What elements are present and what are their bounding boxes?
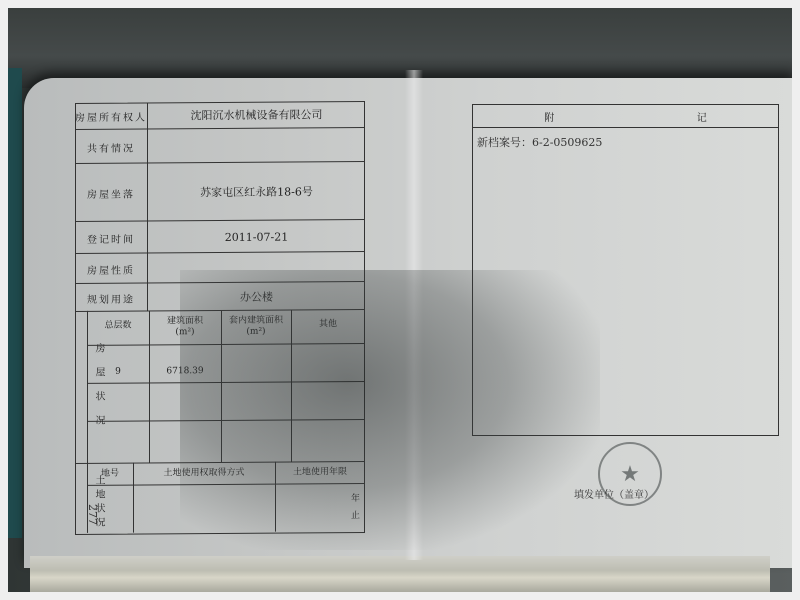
label-registration-date: 登记时间 [75,222,148,255]
paper-stack [30,556,770,592]
label-co-ownership: 共有情况 [75,130,148,165]
cell-total-floors: 9 [87,366,149,377]
row-registration-date: 登记时间 2011-07-21 [75,219,365,254]
row-location: 房屋坐落 苏家屯区红永路18-6号 [75,161,365,222]
notes-header-char-2: 记 [697,109,707,124]
value-registration-date: 2011-07-21 [148,220,365,254]
label-location: 房屋坐落 [75,164,148,223]
row-owner: 房屋所有权人 沈阳沉水机械设备有限公司 [75,101,365,129]
row-co-ownership: 共有情况 [75,127,365,164]
page-number: 277 [86,504,99,525]
header-total-floors: 总层数 [87,320,149,331]
archive-number: 新档案号：6-2-0509625 [473,128,778,156]
label-planned-use: 规划用途 [75,284,148,313]
value-location: 苏家屯区红永路18-6号 [148,162,365,222]
notes-header-char-1: 附 [544,109,554,124]
teal-edge [8,68,22,538]
label-owner: 房屋所有权人 [75,103,148,130]
shadow [180,270,600,550]
value-owner: 沈阳沉水机械设备有限公司 [148,101,365,129]
label-property-nature: 房屋性质 [75,254,148,285]
value-co-ownership [148,128,365,164]
label-house-status: 房屋状况 [91,343,106,439]
notes-header: 附 记 [473,105,778,128]
desk-background [8,8,792,88]
header-land-number: 地号 [87,469,133,480]
